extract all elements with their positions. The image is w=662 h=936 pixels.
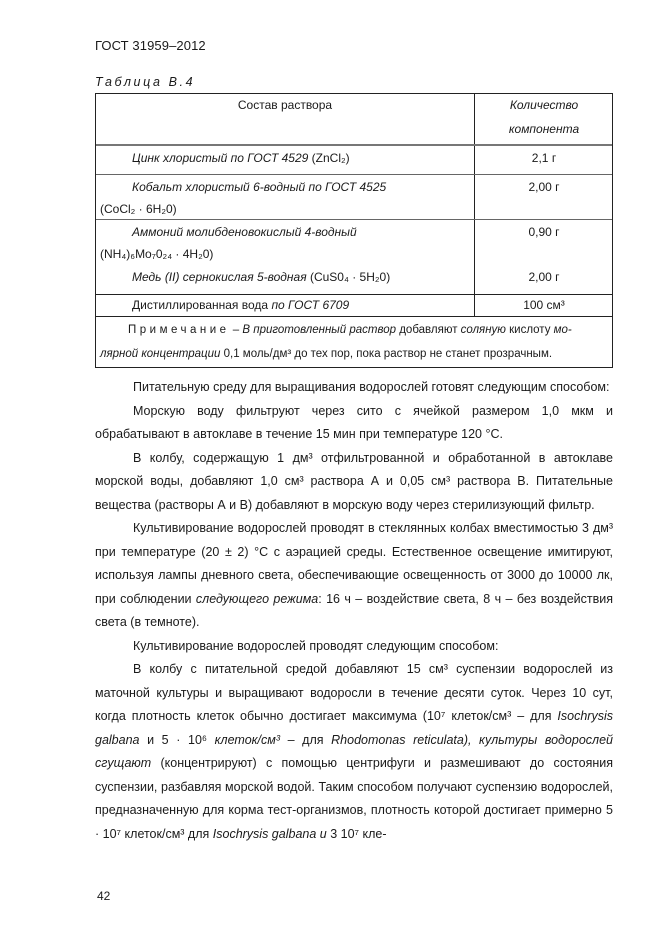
table-row-copper-sulfate: Медь (II) сернокислая 5-водная (CuS0₄ · … (132, 266, 390, 288)
paragraph-suspension: В колбу с питательной средой добавляют 1… (95, 658, 613, 846)
paragraph-cultivation-method: Культивирование водорослей проводят след… (95, 635, 613, 659)
composition-table: Состав раствора Количество компонента Ци… (95, 93, 613, 368)
component-standard: по ГОСТ 6709 (271, 298, 349, 312)
component-formula: (NH₄)₆Mo₇0₂₄ · 4H₂0) (100, 243, 213, 265)
component-name: Медь (II) сернокислая 5-водная (132, 270, 307, 284)
column-header-composition: Состав раствора (96, 94, 474, 116)
table-row-zinc-chloride: Цинк хлористый по ГОСТ 4529 (ZnCl₂) (132, 147, 350, 169)
component-quantity: 100 см³ (475, 294, 613, 316)
row-divider (96, 144, 612, 146)
document-code-header: ГОСТ 31959–2012 (95, 38, 206, 53)
component-name: Цинк хлористый по ГОСТ 4529 (132, 151, 308, 165)
column-header-quantity-line1: Количество (475, 94, 613, 116)
component-formula: (CuS0₄ · 5H₂0) (310, 270, 390, 284)
table-row-ammonium-molybdate: Аммоний молибденовокислый 4-водный (132, 221, 357, 243)
component-name: Дистиллированная вода (132, 298, 268, 312)
paragraph-cultivation-conditions: Культивирование водорослей проводят в ст… (95, 517, 613, 635)
table-note: Примечание – В приготовленный раствор до… (100, 318, 608, 366)
component-formula: (ZnCl₂) (312, 151, 350, 165)
paragraph-seawater-filtering: Морскую воду фильтруют через сито с ячей… (95, 400, 613, 447)
note-label: Примечание (128, 324, 230, 336)
component-formula: (CoCl₂ · 6H₂0) (100, 198, 177, 220)
component-quantity: 0,90 г (475, 221, 613, 243)
paragraph-medium-prep: Питательную среду для выращивания водоро… (95, 376, 613, 400)
component-quantity: 2,00 г (475, 266, 613, 288)
table-row-cobalt-chloride: Кобальт хлористый 6-водный по ГОСТ 4525 (132, 176, 386, 198)
component-quantity: 2,1 г (475, 147, 613, 169)
row-divider (96, 316, 612, 317)
body-text: Питательную среду для выращивания водоро… (95, 376, 613, 846)
paragraph-flask-nutrients: В колбу, содержащую 1 дм³ отфильтрованно… (95, 447, 613, 518)
component-quantity: 2,00 г (475, 176, 613, 198)
row-divider (96, 174, 612, 175)
table-row-distilled-water: Дистиллированная вода по ГОСТ 6709 (132, 294, 349, 316)
table-caption: Таблица В.4 (95, 75, 195, 89)
page-number: 42 (97, 889, 110, 903)
column-header-quantity-line2: компонента (475, 118, 613, 140)
